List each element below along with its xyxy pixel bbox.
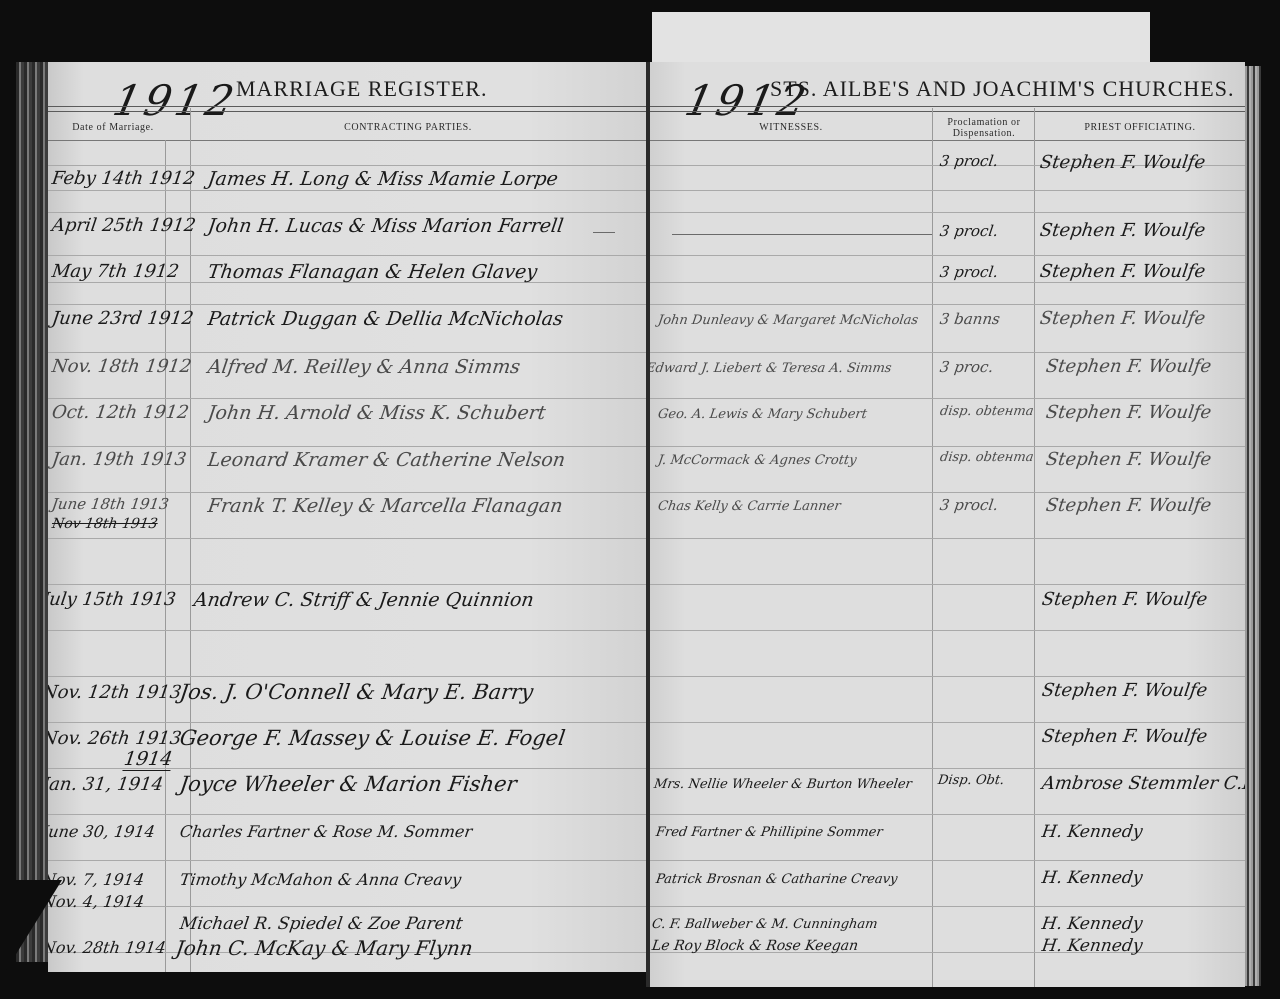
entry-priest: H. Kennedy <box>1041 868 1144 888</box>
entry-proclamation: 3 banns <box>939 310 1001 328</box>
entry-proclamation: Disp. Obt. <box>937 773 1005 788</box>
entry-parties: Joyce Wheeler & Marion Fisher <box>178 772 518 796</box>
col-divider-date <box>190 108 191 972</box>
register-book: 1912 MARRIAGE REGISTER. Date of Marriage… <box>0 0 1280 999</box>
entry-parties: Patrick Duggan & Dellia McNicholas <box>206 308 564 330</box>
page-corner-shadow <box>0 880 62 980</box>
entry-priest: Stephen F. Woulfe <box>1041 726 1209 747</box>
page-edges-left <box>16 62 48 962</box>
entry-date: June 23rd 1912 <box>51 308 195 329</box>
entry-witnesses: Mrs. Nellie Wheeler & Burton Wheeler <box>653 777 913 792</box>
entry-priest: Ambrose Stemmler C.P. <box>1041 773 1245 794</box>
entry-priest: Stephen F. Woulfe <box>1039 308 1207 329</box>
entry-parties: John H. Lucas & Miss Marion Farrell <box>206 215 564 237</box>
entry-date: Nov. 12th 1913 <box>48 682 183 703</box>
entry-date: May 7th 1912 <box>51 261 181 282</box>
col-divider-witnesses <box>932 108 933 987</box>
col-divider-proclamation <box>1034 108 1035 987</box>
entry-parties: George F. Massey & Louise E. Fogel <box>178 726 566 750</box>
entry-parties: Leonard Kramer & Catherine Nelson <box>206 449 566 471</box>
col-head-date: Date of Marriage. <box>58 122 168 133</box>
header-rule <box>650 106 1245 112</box>
entry-proclamation: 3 procl. <box>939 222 1000 240</box>
entry-date: Oct. 12th 1912 <box>51 402 191 423</box>
entry-priest: H. Kennedy <box>1041 914 1144 934</box>
entry-proclamation: 3 procl. <box>939 152 1000 170</box>
entry-date: July 15th 1913 <box>48 589 177 610</box>
witnesses-blank-dash <box>672 234 932 235</box>
col-head-parties: CONTRACTING PARTIES. <box>173 122 643 133</box>
right-page: 1912 STS. AILBE'S AND JOACHIM'S CHURCHES… <box>650 62 1245 987</box>
entry-parties: Jos. J. O'Connell & Mary E. Barry <box>178 680 535 704</box>
entry-date: Jan. 31, 1914 <box>48 774 165 795</box>
entry-date-struck: Nov 18th 1913 <box>51 516 159 532</box>
header-rule <box>48 106 646 112</box>
entry-parties: Frank T. Kelley & Marcella Flanagan <box>206 495 564 517</box>
entry-priest: Stephen F. Woulfe <box>1045 356 1213 377</box>
entry-priest: H. Kennedy <box>1041 936 1144 956</box>
entry-date: Nov. 26th 1913 <box>48 728 183 749</box>
entry-parties: James H. Long & Miss Mamie Lorpe <box>206 168 559 190</box>
entry-witnesses: John Dunleavy & Margaret McNicholas <box>657 313 919 328</box>
right-page-title: STS. AILBE'S AND JOACHIM'S CHURCHES. <box>770 76 1234 102</box>
entry-proclamation: 3 proc. <box>939 358 995 376</box>
col-head-priest: PRIEST OFFICIATING. <box>1036 122 1244 133</box>
entry-date: Nov. 7, 1914 <box>48 870 145 889</box>
entry-witnesses: Geo. A. Lewis & Mary Schubert <box>657 407 868 422</box>
left-page-title: MARRIAGE REGISTER. <box>236 76 487 102</box>
entry-witnesses: Patrick Brosnan & Catharine Creavy <box>655 872 898 887</box>
entry-proclamation: disp. obtента <box>939 450 1035 465</box>
entry-witnesses: J. McCormack & Agnes Crotty <box>657 453 858 468</box>
entry-parties: John H. Arnold & Miss K. Schubert <box>206 402 547 424</box>
entry-proclamation: 3 procl. <box>939 263 1000 281</box>
entry-witnesses: C. F. Ballweber & M. Cunningham <box>651 917 879 932</box>
entry-priest: Stephen F. Woulfe <box>1039 261 1207 282</box>
paper-tab-insert <box>652 12 1150 67</box>
col-head-witnesses: WITNESSES. <box>650 122 932 133</box>
entry-parties: John C. McKay & Mary Flynn <box>174 936 474 960</box>
left-year-handwritten: 1912 <box>109 76 242 125</box>
header-bottom-rule <box>48 140 646 141</box>
entry-date: June 30, 1914 <box>48 822 156 841</box>
entry-priest: Stephen F. Woulfe <box>1045 495 1213 516</box>
entry-parties: Andrew C. Striff & Jennie Quinnion <box>192 589 535 611</box>
entry-parties: Charles Fartner & Rose M. Sommer <box>179 822 474 841</box>
entry-priest: H. Kennedy <box>1041 822 1144 842</box>
entry-priest: Stephen F. Woulfe <box>1045 402 1213 423</box>
entry-parties: Thomas Flanagan & Helen Glavey <box>206 261 538 283</box>
entry-priest: Stephen F. Woulfe <box>1041 680 1209 701</box>
entry-date: Jan. 19th 1913 <box>51 449 188 470</box>
entry-parties: Timothy McMahon & Anna Creavy <box>179 870 463 889</box>
entry-priest: Stephen F. Woulfe <box>1045 449 1213 470</box>
entry-proclamation: 3 procl. <box>939 496 1000 514</box>
book-spine <box>646 62 650 987</box>
entry-parties: Michael R. Spiedel & Zoe Parent <box>179 914 464 934</box>
entry-date: June 18th 1913 <box>51 495 170 513</box>
entry-priest: Stephen F. Woulfe <box>1039 220 1207 241</box>
entry-date: Feby 14th 1912 <box>51 168 197 189</box>
entry-witnesses: Edward J. Liebert & Teresa A. Simms <box>650 361 893 376</box>
entry-date: Nov. 4, 1914 <box>48 892 145 911</box>
entry-priest: Stephen F. Woulfe <box>1039 152 1207 173</box>
col-head-proclamation: Proclamation or Dispensation. <box>934 117 1034 139</box>
page-edges-right <box>1245 66 1261 986</box>
entry-witnesses: Fred Fartner & Phillipine Sommer <box>655 825 884 840</box>
entry-date: Nov. 18th 1912 <box>51 356 193 377</box>
entry-witnesses: Le Roy Block & Rose Keegan <box>651 938 859 954</box>
entry-parties: Alfred M. Reilley & Anna Simms <box>206 356 521 378</box>
left-page: 1912 MARRIAGE REGISTER. Date of Marriage… <box>48 62 646 972</box>
entry-date: April 25th 1912 <box>51 215 198 236</box>
entry-date: Nov. 28th 1914 <box>48 938 167 957</box>
entry-priest: Stephen F. Woulfe <box>1041 589 1209 610</box>
entry-witnesses: Chas Kelly & Carrie Lanner <box>657 499 842 514</box>
entry-proclamation: disp. obtента <box>939 404 1035 419</box>
year-marker-1914: 1914 <box>122 748 174 771</box>
